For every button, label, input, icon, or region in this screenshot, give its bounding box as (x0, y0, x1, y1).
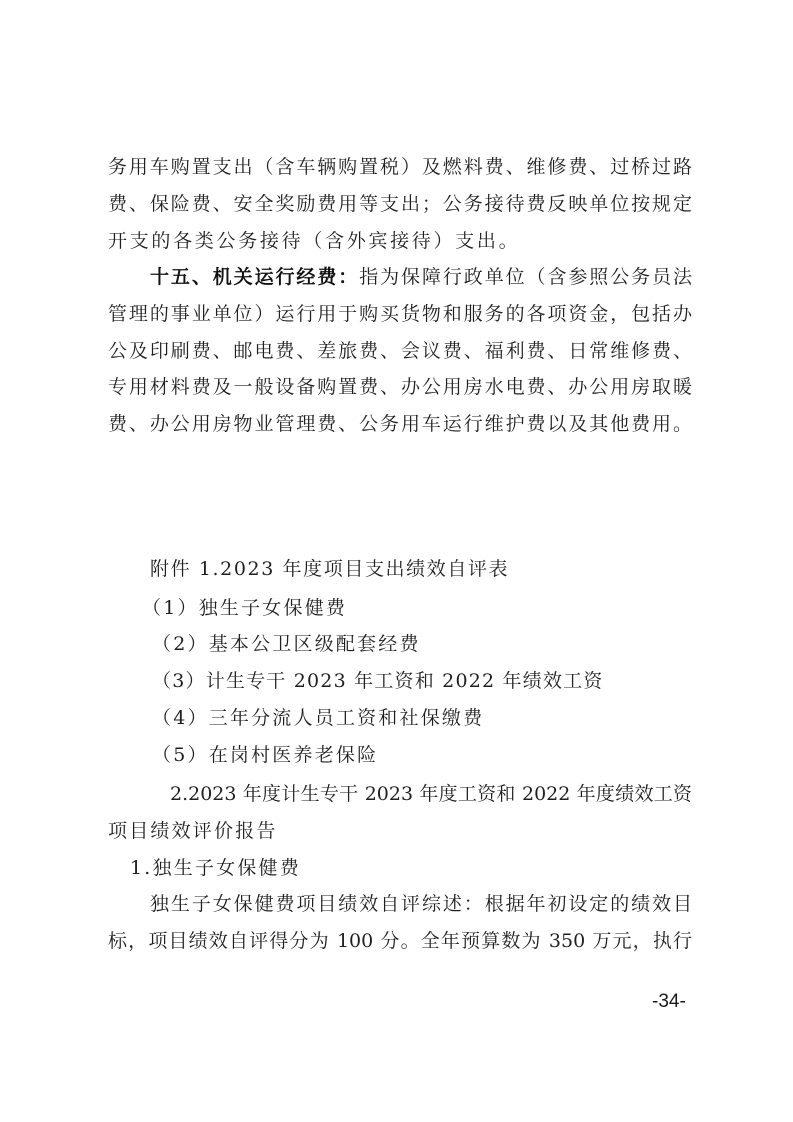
paragraph-line: 开支的各类公务接待（含外宾接待）支出。 (108, 229, 520, 253)
attachment-item: （3）计生专干 2023 年工资和 2022 年绩效工资 (152, 669, 604, 693)
attachment-item: （1）独生子女保健费 (142, 596, 347, 620)
attachment-item: （5）在岗村医养老保险 (152, 743, 378, 767)
section-text: 指为保障行政单位（含参照公务员法 (359, 266, 692, 288)
section-15-first-line: 十五、机关运行经费：指为保障行政单位（含参照公务员法 (150, 265, 692, 289)
attachment-item: （2）基本公卫区级配套经费 (152, 632, 421, 656)
paragraph-line: 费、保险费、安全奖励费用等支出；公务接待费反映单位按规定 (108, 192, 692, 216)
attachment-2-title-line: 2.2023 年度计生专干 2023 年度工资和 2022 年度绩效工资 (170, 782, 692, 806)
paragraph-line: 公及印刷费、邮电费、差旅费、会议费、福利费、日常维修费、 (108, 339, 692, 363)
document-page: 务用车购置支出（含车辆购置税）及燃料费、维修费、过桥过路 费、保险费、安全奖励费… (0, 0, 793, 1122)
attachment-item: （4）三年分流人员工资和社保缴费 (152, 706, 484, 730)
page-number: -34- (652, 990, 686, 1014)
attachment-2-title-line: 项目绩效评价报告 (108, 819, 278, 843)
attachment-1-title: 附件 1.2023 年度项目支出绩效自评表 (150, 557, 509, 581)
report-subheading: 1.独生子女保健费 (130, 856, 301, 880)
paragraph-line: 独生子女保健费项目绩效自评综述：根据年初设定的绩效目 (150, 892, 692, 916)
paragraph-line: 务用车购置支出（含车辆购置税）及燃料费、维修费、过桥过路 (108, 155, 692, 179)
paragraph-line: 专用材料费及一般设备购置费、办公用房水电费、办公用房取暖 (108, 375, 692, 399)
section-heading: 十五、机关运行经费： (150, 266, 359, 288)
paragraph-line: 标，项目绩效自评得分为 100 分。全年预算数为 350 万元，执行 (108, 929, 692, 953)
paragraph-line: 管理的事业单位）运行用于购买货物和服务的各项资金，包括办 (108, 302, 692, 326)
paragraph-line: 费、办公用房物业管理费、公务用车运行维护费以及其他费用。 (108, 412, 692, 436)
